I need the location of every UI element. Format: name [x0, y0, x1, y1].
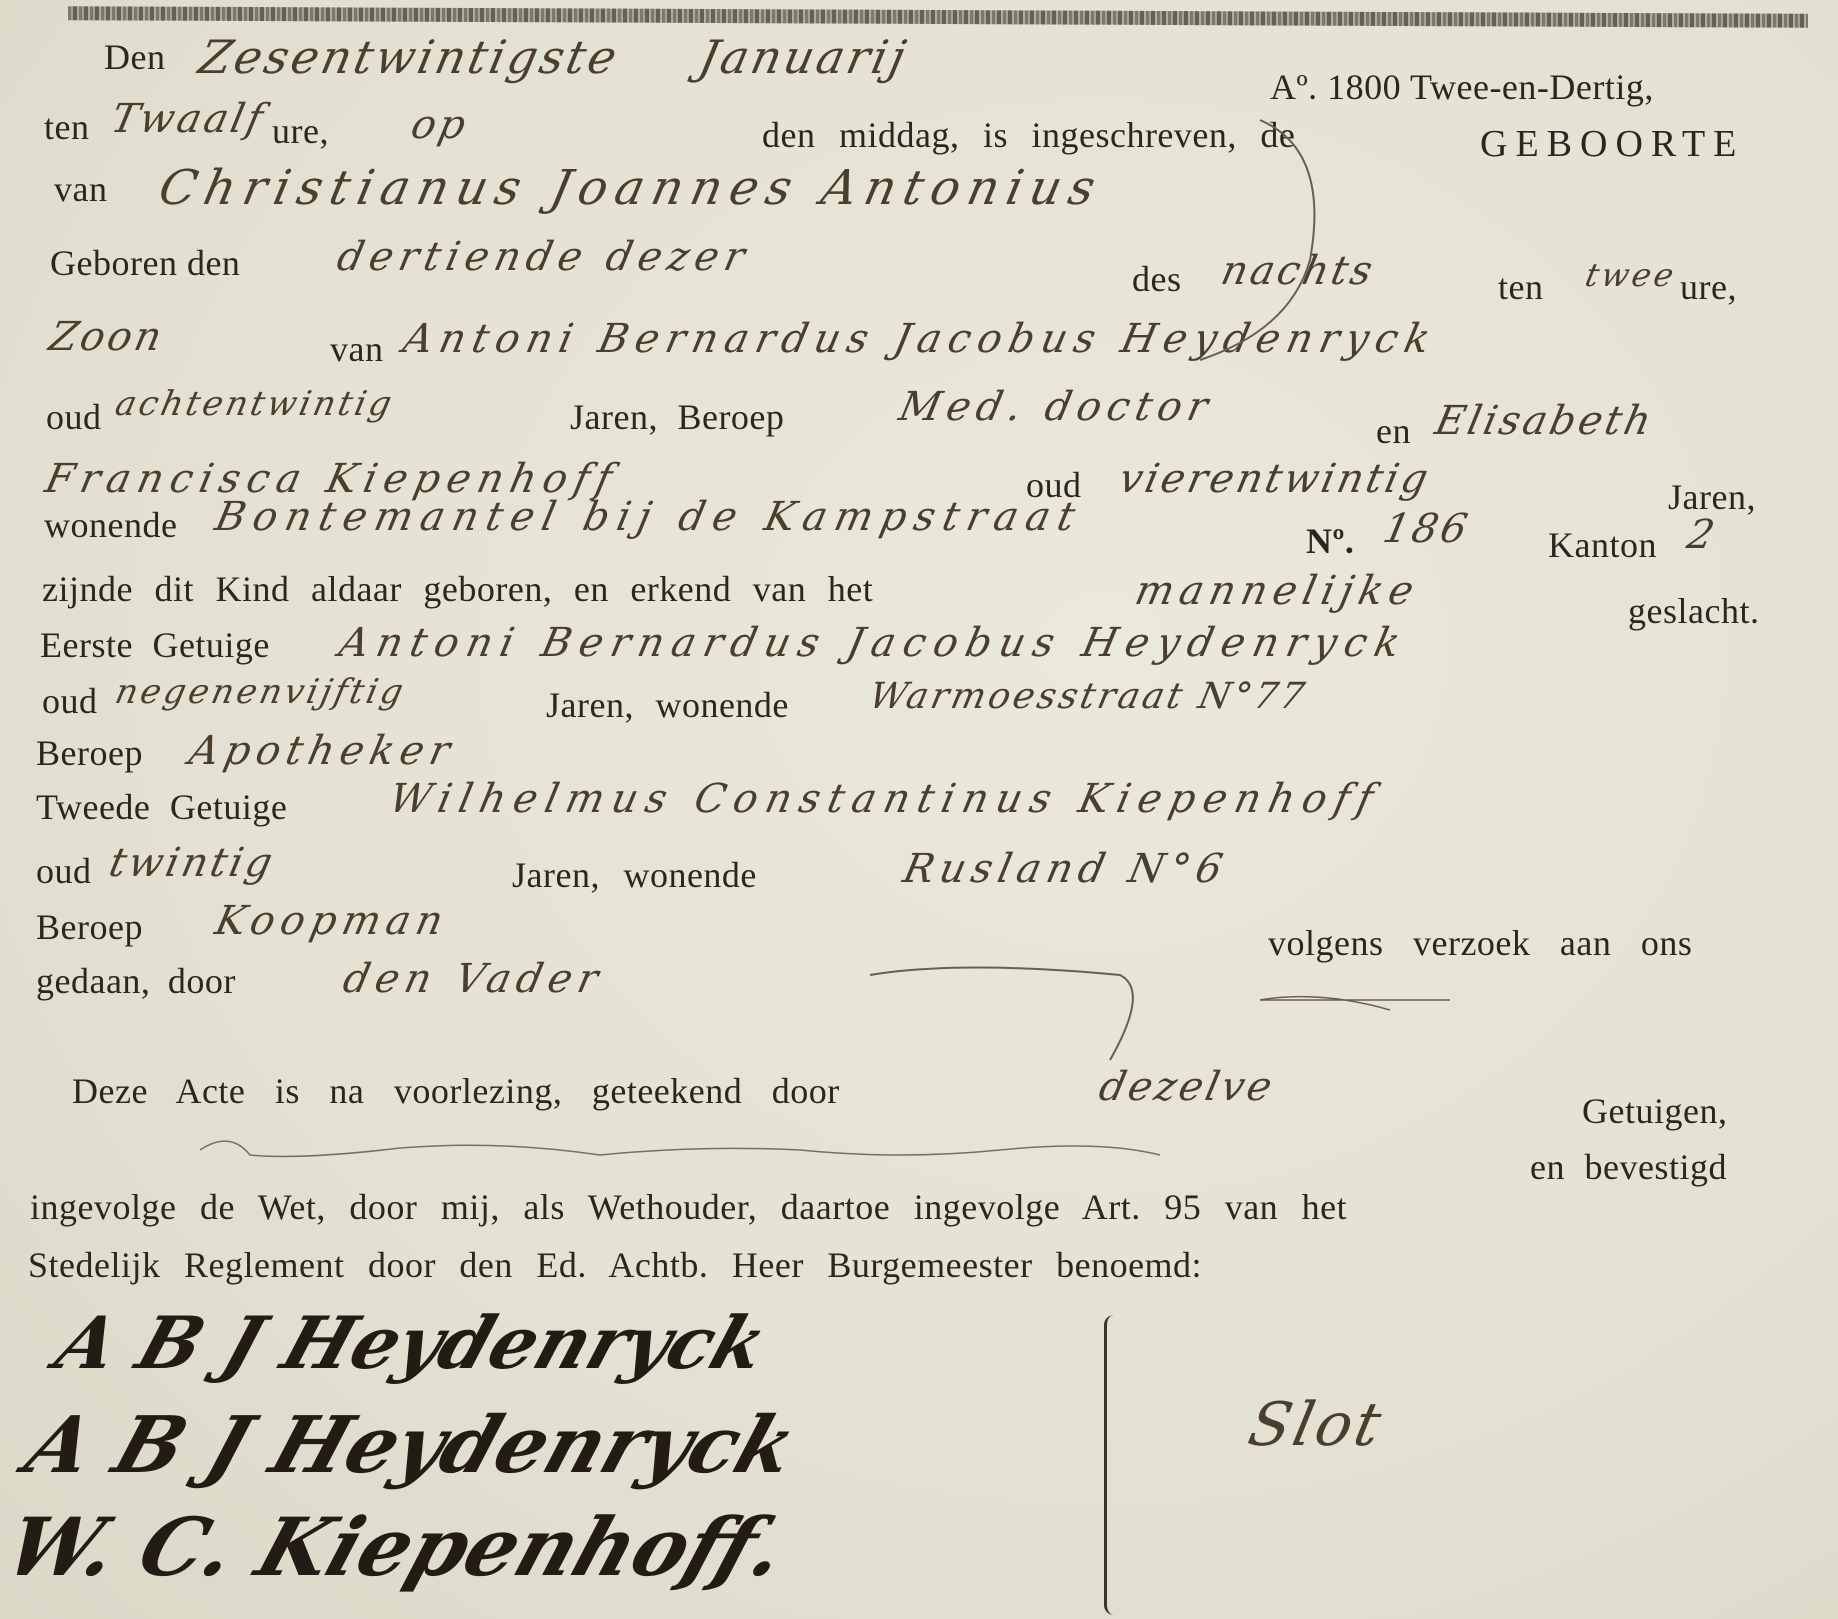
signature-witness1: A B J Heydenryck: [15, 1400, 807, 1491]
handwritten-signed-by: dezelve: [1095, 1064, 1279, 1110]
printed-deze-acte: Deze Acte is na voorlezing, geteekend do…: [72, 1070, 840, 1112]
printed-getuigen: Getuigen,: [1582, 1090, 1727, 1132]
signature-brace: [1104, 1315, 1123, 1615]
certificate-paper: Den Zesentwintigste Januarij Aº. 1800 Tw…: [0, 0, 1838, 1619]
signature-official: Slot: [1243, 1390, 1390, 1460]
signature-witness2: W. C. Kiepenhoff.: [0, 1500, 798, 1594]
printed-ingevolge: ingevolge de Wet, door mij, als Wethoude…: [30, 1186, 1347, 1228]
signature-father: A B J Heydenryck: [46, 1300, 777, 1385]
printed-bevestigd: en bevestigd: [1530, 1146, 1727, 1188]
printed-stedelijk: Stedelijk Reglement door den Ed. Achtb. …: [28, 1244, 1202, 1286]
